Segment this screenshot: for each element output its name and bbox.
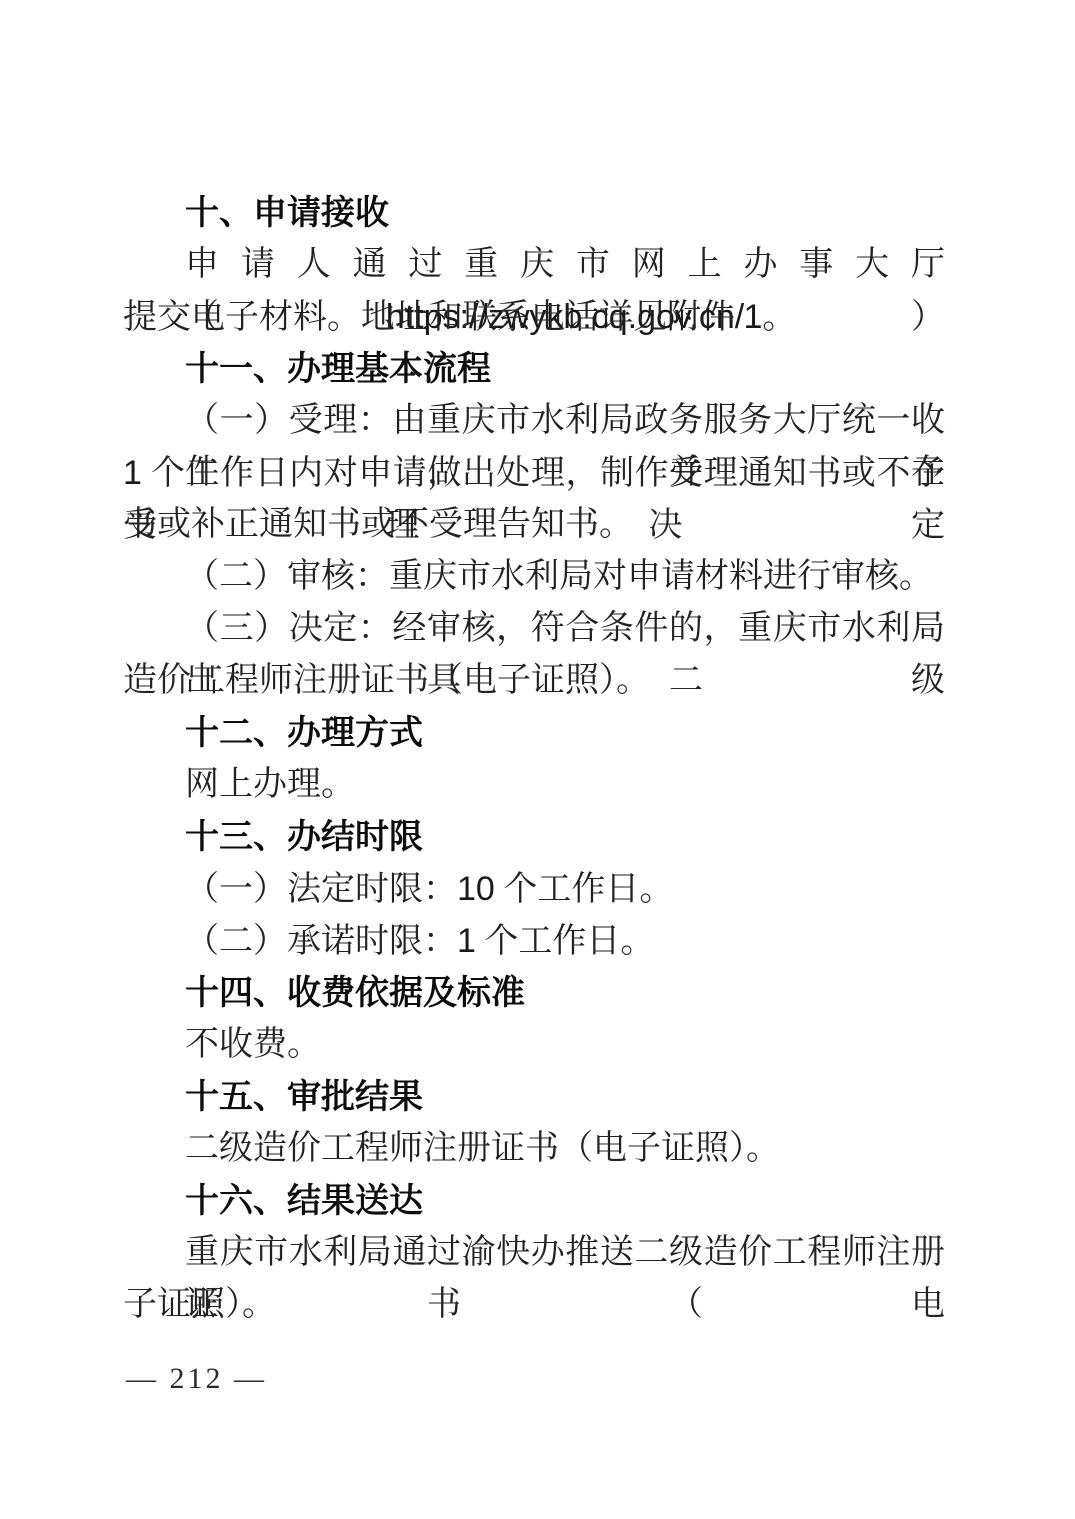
text-run: 个工作日。 [495, 871, 674, 908]
paragraph-line: 申请人通过重庆市网上办事大厅（https://zwykb.cq.gov.cn/） [123, 239, 945, 291]
paragraph-line: 不收费。 [123, 1019, 945, 1071]
number-text: 1 [457, 922, 476, 960]
paragraph-line: 重庆市水利局通过渝快办推送二级造价工程师注册证书（电 [123, 1227, 945, 1279]
text-run: 重庆市水利局通过渝快办推送二级造价工程师注册证书（电 [185, 1234, 945, 1323]
heading-13-time-limit: 十三、办结时限 [123, 811, 945, 863]
paragraph-line: （二）承诺时限：1 个工作日。 [123, 915, 945, 967]
paragraph-line: （二）审核：重庆市水利局对申请材料进行审核。 [123, 551, 945, 603]
paragraph-line: （一）受理：由重庆市水利局政务服务大厅统一收件，并在 [123, 395, 945, 447]
page-number: — 212 — [126, 1362, 267, 1396]
text-run: 个工作日。 [476, 923, 655, 960]
number-text: 10 [457, 870, 495, 908]
heading-11-basic-process: 十一、办理基本流程 [123, 343, 945, 395]
text-run: 造价工程师注册证书（电子证照）。 [123, 662, 650, 699]
text-run: 不收费。 [185, 1026, 321, 1063]
heading-text: 十、申请接收 [185, 194, 389, 232]
heading-text: 十三、办结时限 [185, 818, 423, 856]
heading-10-application-receipt: 十、申请接收 [123, 187, 945, 239]
heading-text: 十六、结果送达 [185, 1182, 423, 1220]
paragraph-line: 1 个工作日内对申请做出处理，制作受理通知书或不予受理决定 [123, 447, 945, 499]
heading-text: 十一、办理基本流程 [185, 350, 491, 388]
text-run: 网上办理。 [185, 766, 355, 803]
text-run: 子证照）。 [123, 1286, 276, 1323]
attachment-number: 1 [744, 298, 763, 336]
number-text: 1 [123, 454, 142, 492]
text-run: 。 [762, 299, 796, 336]
paragraph-line: （三）决定：经审核，符合条件的，重庆市水利局出具二级 [123, 603, 945, 655]
heading-12-handling-method: 十二、办理方式 [123, 707, 945, 759]
heading-16-result-delivery: 十六、结果送达 [123, 1175, 945, 1227]
paragraph-line: （一）法定时限：10 个工作日。 [123, 863, 945, 915]
text-run: （二）承诺时限： [185, 923, 457, 960]
text-run: （二）审核：重庆市水利局对申请材料进行审核。 [185, 558, 933, 595]
heading-text: 十五、审批结果 [185, 1078, 423, 1116]
text-run: 二级造价工程师注册证书（电子证照）。 [185, 1130, 780, 1167]
text-run: 提交电子材料。地址和联系电话详见附件 [123, 299, 744, 336]
text-run: （一）法定时限： [185, 871, 457, 908]
heading-15-approval-result: 十五、审批结果 [123, 1071, 945, 1123]
heading-text: 十二、办理方式 [185, 714, 423, 752]
paragraph-line: 网上办理。 [123, 759, 945, 811]
text-run: 书或补正通知书或不受理告知书。 [123, 506, 633, 543]
heading-text: 十四、收费依据及标准 [185, 974, 525, 1012]
document-page: 十、申请接收 申请人通过重庆市网上办事大厅（https://zwykb.cq.g… [0, 0, 1075, 1519]
paragraph-line: 二级造价工程师注册证书（电子证照）。 [123, 1123, 945, 1175]
heading-14-fee-basis: 十四、收费依据及标准 [123, 967, 945, 1019]
document-body: 十、申请接收 申请人通过重庆市网上办事大厅（https://zwykb.cq.g… [123, 187, 945, 1331]
